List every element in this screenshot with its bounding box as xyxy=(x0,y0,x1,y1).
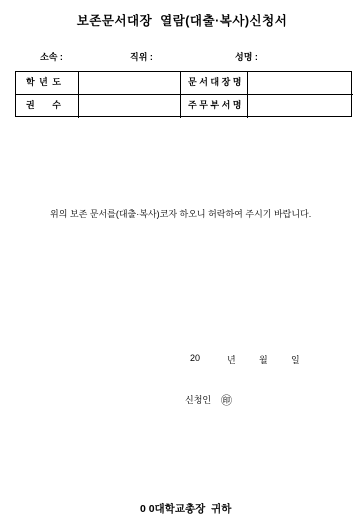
academic-year-input[interactable] xyxy=(79,72,181,95)
date-month-label: 월 xyxy=(259,353,268,366)
request-statement: 위의 보존 문서를(대출·복사)코자 하오니 허락하여 주시기 바랍니다. xyxy=(50,207,311,220)
seal-mark-icon: ㊞ xyxy=(221,392,232,408)
volume-count-input[interactable] xyxy=(79,95,181,118)
date-year-prefix: 20 xyxy=(190,353,200,363)
document-register-name-label: 문 서 대 장 명 xyxy=(181,72,248,95)
date-day-label: 일 xyxy=(291,353,300,366)
document-request-table: 학 년 도 문 서 대 장 명 권 수 주 무 부 서 명 xyxy=(15,71,352,117)
application-form-page: 보존문서대장 열람(대출·복사)신청서 소속 : 직위 : 성명 : 학 년 도… xyxy=(0,0,364,521)
name-label: 성명 : xyxy=(235,50,258,63)
managing-department-input[interactable] xyxy=(248,95,353,118)
position-label: 직위 : xyxy=(130,50,153,63)
applicant-label: 신청인 xyxy=(185,393,211,406)
document-register-name-input[interactable] xyxy=(248,72,353,95)
form-title: 보존문서대장 열람(대출·복사)신청서 xyxy=(0,11,364,29)
volume-count-label: 권 수 xyxy=(16,95,79,118)
managing-department-label: 주 무 부 서 명 xyxy=(181,95,248,118)
affiliation-label: 소속 : xyxy=(40,50,63,63)
academic-year-label: 학 년 도 xyxy=(16,72,79,95)
date-year-label: 년 xyxy=(227,353,236,366)
recipient-line: 0 0대학교총장 귀하 xyxy=(140,501,231,516)
